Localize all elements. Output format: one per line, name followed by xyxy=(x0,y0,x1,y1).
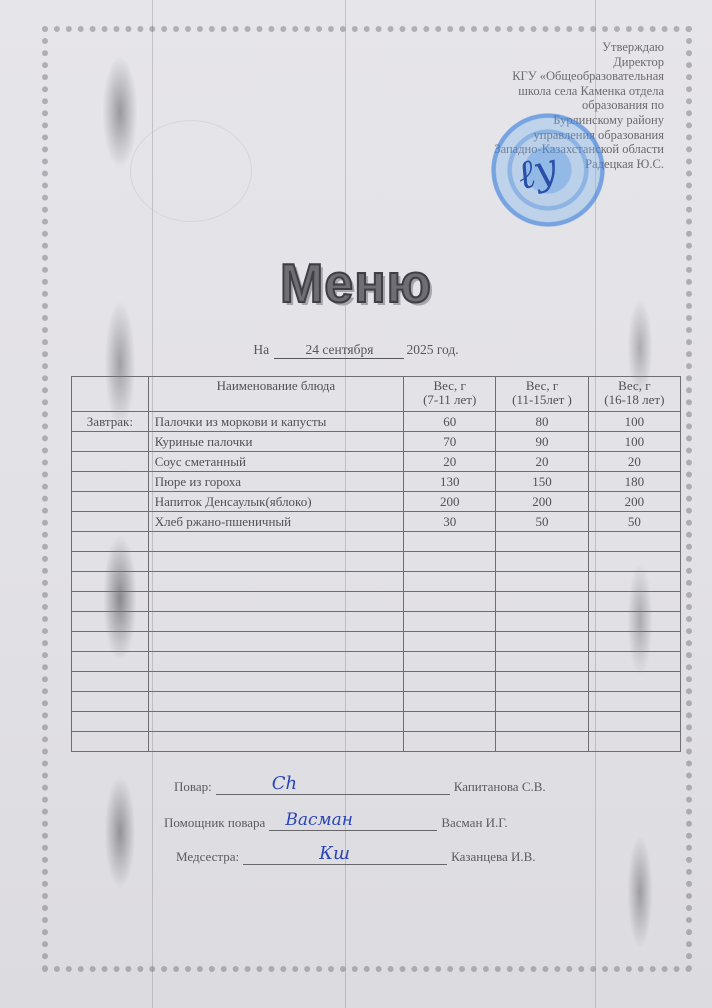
header-meal xyxy=(72,377,149,412)
empty-cell xyxy=(72,532,149,552)
signature-row-assistant-cook: Помощник повара Васман Васман И.Г. xyxy=(164,812,508,831)
empty-table-row xyxy=(72,612,681,632)
table-row: Куриные палочки7090100 xyxy=(72,432,681,452)
empty-cell xyxy=(588,552,680,572)
date-line: На 24 сентября2025 год. xyxy=(0,342,712,359)
meal-cell xyxy=(72,492,149,512)
weight-16-18-cell: 180 xyxy=(588,472,680,492)
empty-cell xyxy=(404,532,496,552)
weight-7-11-cell: 130 xyxy=(404,472,496,492)
date-value: 24 сентября xyxy=(274,342,404,359)
header-weight-label: Вес, г xyxy=(500,379,583,393)
empty-cell xyxy=(496,672,588,692)
empty-cell xyxy=(72,692,149,712)
signature-role: Повар: xyxy=(174,779,212,795)
date-suffix: 2025 год. xyxy=(406,342,458,357)
empty-cell xyxy=(496,692,588,712)
weight-7-11-cell: 200 xyxy=(404,492,496,512)
empty-cell xyxy=(72,592,149,612)
empty-cell xyxy=(148,732,403,752)
signature-role: Медсестра: xyxy=(176,849,239,865)
weight-11-15-cell: 90 xyxy=(496,432,588,452)
empty-cell xyxy=(148,552,403,572)
header-age-range: (16-18 лет) xyxy=(593,393,676,407)
empty-cell xyxy=(148,612,403,632)
weight-16-18-cell: 100 xyxy=(588,432,680,452)
empty-cell xyxy=(404,672,496,692)
empty-cell xyxy=(148,652,403,672)
table-row: Завтрак:Палочки из моркови и капусты6080… xyxy=(72,412,681,432)
meal-cell xyxy=(72,432,149,452)
meal-cell xyxy=(72,452,149,472)
empty-cell xyxy=(404,612,496,632)
header-weight-7-11: Вес, г (7-11 лет) xyxy=(404,377,496,412)
empty-cell xyxy=(588,572,680,592)
table-row: Напиток Денсаулык(яблоко)200200200 xyxy=(72,492,681,512)
empty-cell xyxy=(588,712,680,732)
empty-table-row xyxy=(72,592,681,612)
weight-16-18-cell: 50 xyxy=(588,512,680,532)
signature-mark: Кш xyxy=(319,843,350,864)
approval-line: КГУ «Общеобразовательная xyxy=(444,69,664,84)
empty-cell xyxy=(72,572,149,592)
empty-cell xyxy=(496,612,588,632)
page-title: Меню xyxy=(0,253,712,316)
empty-cell xyxy=(404,592,496,612)
empty-cell xyxy=(148,672,403,692)
weight-11-15-cell: 50 xyxy=(496,512,588,532)
weight-16-18-cell: 100 xyxy=(588,412,680,432)
header-weight-16-18: Вес, г (16-18 лет) xyxy=(588,377,680,412)
dish-name-cell: Палочки из моркови и капусты xyxy=(148,412,403,432)
empty-cell xyxy=(496,712,588,732)
approval-line: школа села Каменка отдела xyxy=(444,84,664,99)
empty-cell xyxy=(148,712,403,732)
empty-table-row xyxy=(72,572,681,592)
empty-cell xyxy=(588,612,680,632)
header-weight-label: Вес, г xyxy=(408,379,491,393)
empty-cell xyxy=(72,552,149,572)
signature-role: Помощник повара xyxy=(164,815,265,831)
empty-table-row xyxy=(72,532,681,552)
empty-table-row xyxy=(72,692,681,712)
empty-cell xyxy=(72,732,149,752)
weight-11-15-cell: 80 xyxy=(496,412,588,432)
weight-7-11-cell: 20 xyxy=(404,452,496,472)
empty-cell xyxy=(588,652,680,672)
empty-cell xyxy=(404,552,496,572)
approval-line: Директор xyxy=(444,55,664,70)
empty-table-row xyxy=(72,552,681,572)
empty-cell xyxy=(72,672,149,692)
weight-16-18-cell: 20 xyxy=(588,452,680,472)
signature-row-nurse: Медсестра: Кш Казанцева И.В. xyxy=(176,846,536,865)
empty-cell xyxy=(588,632,680,652)
empty-cell xyxy=(404,572,496,592)
empty-cell xyxy=(148,572,403,592)
dish-name-cell: Хлеб ржано-пшеничный xyxy=(148,512,403,532)
empty-cell xyxy=(496,732,588,752)
empty-cell xyxy=(496,572,588,592)
empty-cell xyxy=(496,592,588,612)
header-weight-11-15: Вес, г (11-15лет ) xyxy=(496,377,588,412)
empty-cell xyxy=(588,732,680,752)
empty-cell xyxy=(148,632,403,652)
signature-row-cook: Повар: Сh Капитанова С.В. xyxy=(174,776,546,795)
empty-cell xyxy=(496,532,588,552)
menu-table: Наименование блюда Вес, г (7-11 лет) Вес… xyxy=(71,376,681,752)
empty-table-row xyxy=(72,632,681,652)
weight-7-11-cell: 30 xyxy=(404,512,496,532)
empty-cell xyxy=(496,652,588,672)
empty-cell xyxy=(148,592,403,612)
dish-name-cell: Куриные палочки xyxy=(148,432,403,452)
header-age-range: (7-11 лет) xyxy=(408,393,491,407)
empty-cell xyxy=(148,692,403,712)
header-weight-label: Вес, г xyxy=(593,379,676,393)
empty-cell xyxy=(588,532,680,552)
signature-name: Капитанова С.В. xyxy=(454,779,546,795)
signature-mark: Сh xyxy=(272,773,297,794)
empty-table-row xyxy=(72,712,681,732)
approval-line: Утверждаю xyxy=(444,40,664,55)
dish-name-cell: Пюре из гороха xyxy=(148,472,403,492)
empty-cell xyxy=(588,692,680,712)
empty-cell xyxy=(404,652,496,672)
empty-cell xyxy=(404,692,496,712)
ghost-stamp-showthrough xyxy=(130,120,252,222)
signature-name: Васман И.Г. xyxy=(441,815,507,831)
meal-cell xyxy=(72,512,149,532)
empty-cell xyxy=(404,712,496,732)
empty-cell xyxy=(148,532,403,552)
empty-table-row xyxy=(72,652,681,672)
table-row: Пюре из гороха130150180 xyxy=(72,472,681,492)
weight-16-18-cell: 200 xyxy=(588,492,680,512)
empty-cell xyxy=(72,652,149,672)
weight-11-15-cell: 200 xyxy=(496,492,588,512)
dish-name-cell: Напиток Денсаулык(яблоко) xyxy=(148,492,403,512)
header-dish: Наименование блюда xyxy=(148,377,403,412)
menu-table-body: Завтрак:Палочки из моркови и капусты6080… xyxy=(72,412,681,752)
empty-table-row xyxy=(72,732,681,752)
table-row: Соус сметанный202020 xyxy=(72,452,681,472)
empty-cell xyxy=(404,632,496,652)
empty-cell xyxy=(404,732,496,752)
empty-cell xyxy=(72,612,149,632)
empty-cell xyxy=(588,592,680,612)
empty-cell xyxy=(72,632,149,652)
table-row: Хлеб ржано-пшеничный305050 xyxy=(72,512,681,532)
empty-cell xyxy=(496,632,588,652)
header-age-range: (11-15лет ) xyxy=(500,393,583,407)
date-prefix: На xyxy=(253,342,269,357)
dish-name-cell: Соус сметанный xyxy=(148,452,403,472)
weight-7-11-cell: 60 xyxy=(404,412,496,432)
table-header-row: Наименование блюда Вес, г (7-11 лет) Вес… xyxy=(72,377,681,412)
signature-name: Казанцева И.В. xyxy=(451,849,535,865)
empty-cell xyxy=(588,672,680,692)
meal-cell xyxy=(72,472,149,492)
signature-line: Кш xyxy=(243,846,447,865)
signature-line: Сh xyxy=(216,776,450,795)
scanned-document-page: Утверждаю Директор КГУ «Общеобразователь… xyxy=(0,0,712,1008)
signature-line: Васман xyxy=(269,812,437,831)
empty-table-row xyxy=(72,672,681,692)
empty-cell xyxy=(496,552,588,572)
empty-cell xyxy=(72,712,149,732)
weight-7-11-cell: 70 xyxy=(404,432,496,452)
weight-11-15-cell: 20 xyxy=(496,452,588,472)
signature-mark: Васман xyxy=(285,810,353,830)
weight-11-15-cell: 150 xyxy=(496,472,588,492)
meal-cell: Завтрак: xyxy=(72,412,149,432)
